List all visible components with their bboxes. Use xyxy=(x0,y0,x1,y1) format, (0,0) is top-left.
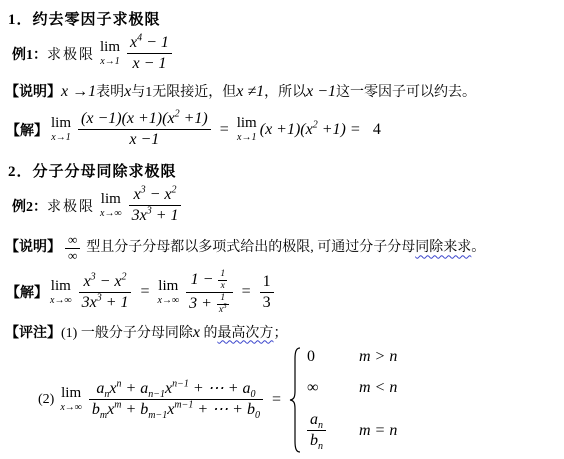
note2-label: 【说明】 xyxy=(5,237,61,259)
example2-label: 例2： xyxy=(12,196,47,216)
lim-subscript: x→1 xyxy=(51,133,70,143)
math-term: (x +1)(x xyxy=(260,121,313,138)
index: n xyxy=(318,420,323,431)
denominator: 3x3 + 1 xyxy=(79,292,132,313)
math-term: x xyxy=(193,324,200,341)
polynomial-fraction: anxn + an−1xn−1 + ⋯ + a0 bmxm + bm−1xm−1… xyxy=(89,379,263,420)
numerator: anxn + an−1xn−1 + ⋯ + a0 xyxy=(89,379,263,399)
note1-label: 【说明】 xyxy=(5,85,61,100)
lim-subscript: x→1 xyxy=(100,57,119,67)
lim-subscript: x→1 xyxy=(237,133,256,143)
fraction: an bn xyxy=(307,410,326,451)
math-term: − x xyxy=(146,186,172,203)
example1-line: 例1： 求极限 lim x→1 x4 − 1 x − 1 xyxy=(12,33,564,74)
exponent: 2 xyxy=(122,271,127,282)
index: 0 xyxy=(250,389,255,400)
note2-line: 【说明】 ∞ ∞ 型且分子分母都以多项式给出的极限, 可通过分子分母同除来求。 xyxy=(5,233,564,264)
lim-word: lim xyxy=(237,116,257,132)
cases-block: 0 m > n ∞ m < n an bn m = n xyxy=(288,346,397,454)
exponent: n−1 xyxy=(172,379,189,390)
text: 与1无限接近，但 xyxy=(131,85,236,100)
text: ，所以 xyxy=(264,85,306,100)
limit-operator: lim x→1 xyxy=(51,116,71,143)
lim-subscript: x→∞ xyxy=(50,296,72,306)
math-term: +1) xyxy=(180,110,208,127)
text: 表明 xyxy=(96,85,124,100)
equals-sign: = xyxy=(140,283,149,301)
denominator: 3 + 1x3 xyxy=(186,292,233,316)
equals-sign: = xyxy=(351,121,360,139)
example2-prompt: 求极限 xyxy=(47,196,95,216)
index: n xyxy=(318,441,323,452)
math-term: 3 + xyxy=(189,295,216,312)
denominator: x −1 xyxy=(78,129,211,150)
lim-word: lim xyxy=(100,40,120,56)
numerator: 1 xyxy=(260,272,274,292)
numerator: 1 xyxy=(218,269,227,280)
solution1-line: 【解】 lim x→1 (x −1)(x +1)(x2 +1) x −1 = l… xyxy=(6,109,564,150)
text: 。 xyxy=(471,240,485,255)
cases-column: 0 m > n ∞ m < n an bn m = n xyxy=(307,348,397,451)
math-term: 3x xyxy=(132,207,147,224)
example1-label: 例1： xyxy=(12,44,47,64)
lim-word: lim xyxy=(61,386,81,402)
denominator: x − 1 xyxy=(127,53,172,74)
case-row: ∞ m < n xyxy=(307,379,397,397)
case-value: 0 xyxy=(307,348,359,366)
numerator: x4 − 1 xyxy=(127,33,172,53)
case-value: an bn xyxy=(307,410,359,451)
case-condition: m = n xyxy=(359,422,397,440)
wavy-underlined-text: 同除来求 xyxy=(415,240,471,255)
denominator: ∞ xyxy=(65,248,80,264)
case-condition: m > n xyxy=(359,348,397,366)
result-fraction: 1 3 xyxy=(260,272,274,313)
solution2-line: 【解】 lim x→∞ x3 − x2 3x3 + 1 = lim x→∞ 1 … xyxy=(6,269,564,316)
math-term: b xyxy=(310,432,318,449)
math-term: x −1 xyxy=(306,83,336,100)
wavy-underlined-text: 最高次方 xyxy=(217,326,273,341)
text: 的 xyxy=(200,326,218,341)
item-number: (2) xyxy=(38,392,54,408)
index: 0 xyxy=(255,410,260,421)
fraction: (x −1)(x +1)(x2 +1) x −1 xyxy=(78,109,211,150)
small-fraction: 1x3 xyxy=(217,293,229,316)
index: m−1 xyxy=(148,410,167,421)
remark-item2-line: (2) lim x→∞ anxn + an−1xn−1 + ⋯ + a0 bmx… xyxy=(38,346,564,454)
case-row: an bn m = n xyxy=(307,410,397,451)
limit-operator: lim x→1 xyxy=(237,116,257,143)
lim-word: lim xyxy=(51,116,71,132)
infinity-over-infinity: ∞ ∞ xyxy=(65,233,80,264)
numerator: x3 − x2 xyxy=(79,272,132,292)
note1-line: 【说明】x →1表明x与1无限接近，但x ≠1，所以x −1这一零因子可以约去。 xyxy=(5,81,564,104)
math-term: + ⋯ + b xyxy=(193,401,255,418)
fraction: x3 − x2 3x3 + 1 xyxy=(129,185,182,226)
remark-line: 【评注】(1) 一般分子分母同除x 的最高次方； xyxy=(5,323,564,344)
math-term: a xyxy=(310,411,318,428)
math-term: b xyxy=(92,401,100,418)
remark-label: 【评注】 xyxy=(5,326,61,341)
numerator: an xyxy=(307,410,326,430)
equals-sign: = xyxy=(220,121,229,139)
math-notes-document: 1．约去零因子求极限 例1： 求极限 lim x→1 x4 − 1 x − 1 … xyxy=(4,8,564,454)
math-term: x →1 xyxy=(61,83,96,100)
denominator: 3x3 + 1 xyxy=(129,205,182,226)
solution2-label: 【解】 xyxy=(6,282,48,302)
math-term: (x −1)(x +1)(x xyxy=(81,110,175,127)
numerator: 1 − 1x xyxy=(186,269,233,292)
example2-line: 例2： 求极限 lim x→∞ x3 − x2 3x3 + 1 xyxy=(12,185,564,226)
cases-brace xyxy=(288,346,302,454)
lim-subscript: x→∞ xyxy=(158,296,180,306)
math-term: + 1 xyxy=(102,294,129,311)
index: n−1 xyxy=(148,389,165,400)
denominator: 3 xyxy=(260,292,274,313)
numerator: x3 − x2 xyxy=(129,185,182,205)
lim-word: lim xyxy=(51,279,71,295)
lim-subscript: x→∞ xyxy=(60,403,82,413)
math-term: 1 − xyxy=(191,271,218,288)
limit-operator: lim x→∞ xyxy=(60,386,82,413)
limit-operator: lim x→∞ xyxy=(50,279,72,306)
denominator: x3 xyxy=(217,304,229,316)
math-term: + b xyxy=(121,401,148,418)
math-term: x ≠1 xyxy=(236,83,264,100)
solution1-label: 【解】 xyxy=(6,120,48,140)
lim-word: lim xyxy=(158,279,178,295)
text: 一般分子分母同除 xyxy=(77,326,193,341)
case-value: ∞ xyxy=(307,379,359,397)
section1-heading: 1．约去零因子求极限 xyxy=(8,8,564,29)
limit-operator: lim x→∞ xyxy=(100,192,122,219)
exponent: 2 xyxy=(172,185,177,196)
fraction: x3 − x2 3x3 + 1 xyxy=(79,272,132,313)
math-term: + 1 xyxy=(152,207,179,224)
section2-heading: 2．分子分母同除求极限 xyxy=(8,160,564,181)
math-term: 3x xyxy=(82,294,97,311)
note2-text: 型且分子分母都以多项式给出的极限, 可通过分子分母同除来求。 xyxy=(86,237,485,259)
item-number: (1) xyxy=(61,326,77,341)
fraction: 1 − 1x 3 + 1x3 xyxy=(186,269,233,316)
lim-word: lim xyxy=(101,192,121,208)
limit-operator: lim x→∞ xyxy=(158,279,180,306)
fraction: x4 − 1 x − 1 xyxy=(127,33,172,74)
denominator: bn xyxy=(307,430,326,451)
math-expression: (x +1)(x2 +1) xyxy=(260,121,346,139)
example1-prompt: 求极限 xyxy=(47,44,95,64)
math-term: + a xyxy=(121,380,148,397)
exponent: m−1 xyxy=(174,400,193,411)
math-term: − 1 xyxy=(142,34,169,51)
numerator: ∞ xyxy=(65,233,80,248)
math-term: x xyxy=(84,273,91,290)
limit-operator: lim x→1 xyxy=(100,40,120,67)
text: 这一零因子可以约去。 xyxy=(336,85,476,100)
text: 型且分子分母都以多项式给出的极限, 可通过分子分母 xyxy=(86,240,415,255)
equals-sign: = xyxy=(272,391,281,409)
case-condition: m < n xyxy=(359,379,397,397)
case-row: 0 m > n xyxy=(307,348,397,366)
denominator: x xyxy=(218,280,227,292)
small-fraction: 1x xyxy=(218,269,227,292)
numerator: (x −1)(x +1)(x2 +1) xyxy=(78,109,211,129)
text: ； xyxy=(273,326,287,341)
result-value: 4 xyxy=(373,121,381,139)
lim-subscript: x→∞ xyxy=(100,209,122,219)
denominator: bmxm + bm−1xm−1 + ⋯ + b0 xyxy=(89,399,263,420)
math-term: − x xyxy=(96,273,122,290)
math-term: x xyxy=(134,186,141,203)
exponent: 3 xyxy=(223,301,227,309)
equals-sign: = xyxy=(242,283,251,301)
math-term: +1) xyxy=(318,121,346,138)
math-term: + ⋯ + a xyxy=(189,380,251,397)
